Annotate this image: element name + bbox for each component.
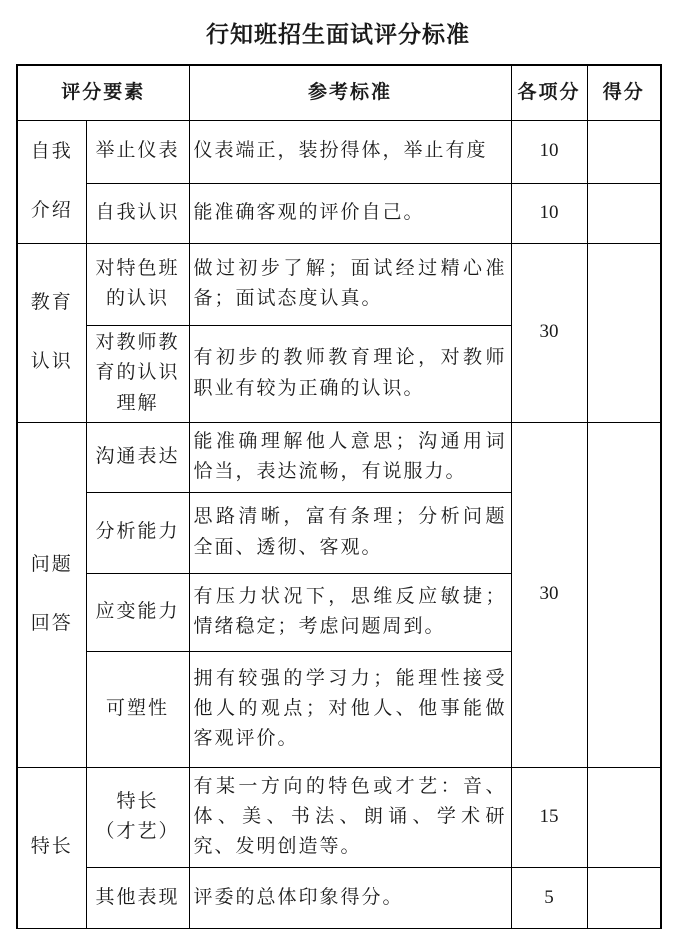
score-input-cell-education[interactable]: [587, 243, 661, 422]
header-factor: 评分要素: [17, 65, 189, 120]
element-cell-talent: 特长 （才艺）: [86, 767, 189, 867]
score-input-cell-other-performance[interactable]: [587, 867, 661, 929]
criteria-cell-plasticity: 拥有较强的学习力；能理性接受他人的观点；对他人、他事能做客观评价。: [189, 651, 511, 767]
group-cell-self-introduction: 自我 介绍: [17, 120, 86, 243]
element-cell-adaptability: 应变能力: [86, 573, 189, 651]
header-item-score: 各项分: [511, 65, 587, 120]
header-row: 评分要素 参考标准 各项分 得分: [17, 65, 661, 120]
group-cell-education-understanding: 教育 认识: [17, 243, 86, 422]
criteria-cell-adaptability: 有压力状况下，思维反应敏捷；情绪稳定；考虑问题周到。: [189, 573, 511, 651]
element-cell-self-awareness: 自我认识: [86, 183, 189, 243]
score-input-cell-self-awareness[interactable]: [587, 183, 661, 243]
group-cell-specialty: 特长: [17, 767, 86, 929]
item-score-cell-talent: 15: [511, 767, 587, 867]
header-score: 得分: [587, 65, 661, 120]
item-score-cell-education: 30: [511, 243, 587, 422]
document-page: 行知班招生面试评分标准 评分要素 参考标准 各项分 得分 自我 介绍 举止仪表 …: [0, 0, 678, 929]
criteria-cell-self-awareness: 能准确客观的评价自己。: [189, 183, 511, 243]
criteria-cell-talent: 有某一方向的特色或才艺：音、体、美、书法、朗诵、学术研究、发明创造等。: [189, 767, 511, 867]
criteria-cell-teacher-education-understanding: 有初步的教师教育理论，对教师职业有较为正确的认识。: [189, 325, 511, 422]
table-row: 特长 特长 （才艺） 有某一方向的特色或才艺：音、体、美、书法、朗诵、学术研究、…: [17, 767, 661, 867]
criteria-cell-class-understanding: 做过初步了解；面试经过精心准备；面试态度认真。: [189, 243, 511, 325]
item-score-cell-self-awareness: 10: [511, 183, 587, 243]
criteria-cell-analysis: 思路清晰，富有条理；分析问题全面、透彻、客观。: [189, 492, 511, 573]
header-criteria: 参考标准: [189, 65, 511, 120]
scoring-table: 评分要素 参考标准 各项分 得分 自我 介绍 举止仪表 仪表端正，装扮得体，举止…: [16, 64, 662, 929]
criteria-cell-manner: 仪表端正，装扮得体，举止有度: [189, 120, 511, 183]
criteria-cell-communication: 能准确理解他人意思；沟通用词恰当，表达流畅，有说服力。: [189, 422, 511, 492]
element-cell-plasticity: 可塑性: [86, 651, 189, 767]
element-cell-communication: 沟通表达: [86, 422, 189, 492]
score-input-cell-talent[interactable]: [587, 767, 661, 867]
item-score-cell-other-performance: 5: [511, 867, 587, 929]
table-row: 自我认识 能准确客观的评价自己。 10: [17, 183, 661, 243]
item-score-cell-manner: 10: [511, 120, 587, 183]
score-input-cell-manner[interactable]: [587, 120, 661, 183]
item-score-cell-question-answering: 30: [511, 422, 587, 767]
element-cell-other-performance: 其他表现: [86, 867, 189, 929]
table-row: 其他表现 评委的总体印象得分。 5: [17, 867, 661, 929]
group-cell-question-answering: 问题 回答: [17, 422, 86, 767]
table-row: 自我 介绍 举止仪表 仪表端正，装扮得体，举止有度 10: [17, 120, 661, 183]
score-input-cell-question-answering[interactable]: [587, 422, 661, 767]
table-row: 问题 回答 沟通表达 能准确理解他人意思；沟通用词恰当，表达流畅，有说服力。 3…: [17, 422, 661, 492]
element-cell-teacher-education-understanding: 对教师教育的认识理解: [86, 325, 189, 422]
element-cell-manner: 举止仪表: [86, 120, 189, 183]
element-cell-class-understanding: 对特色班的认识: [86, 243, 189, 325]
element-cell-analysis: 分析能力: [86, 492, 189, 573]
table-row: 教育 认识 对特色班的认识 做过初步了解；面试经过精心准备；面试态度认真。 30: [17, 243, 661, 325]
criteria-cell-other-performance: 评委的总体印象得分。: [189, 867, 511, 929]
page-title: 行知班招生面试评分标准: [16, 16, 660, 49]
